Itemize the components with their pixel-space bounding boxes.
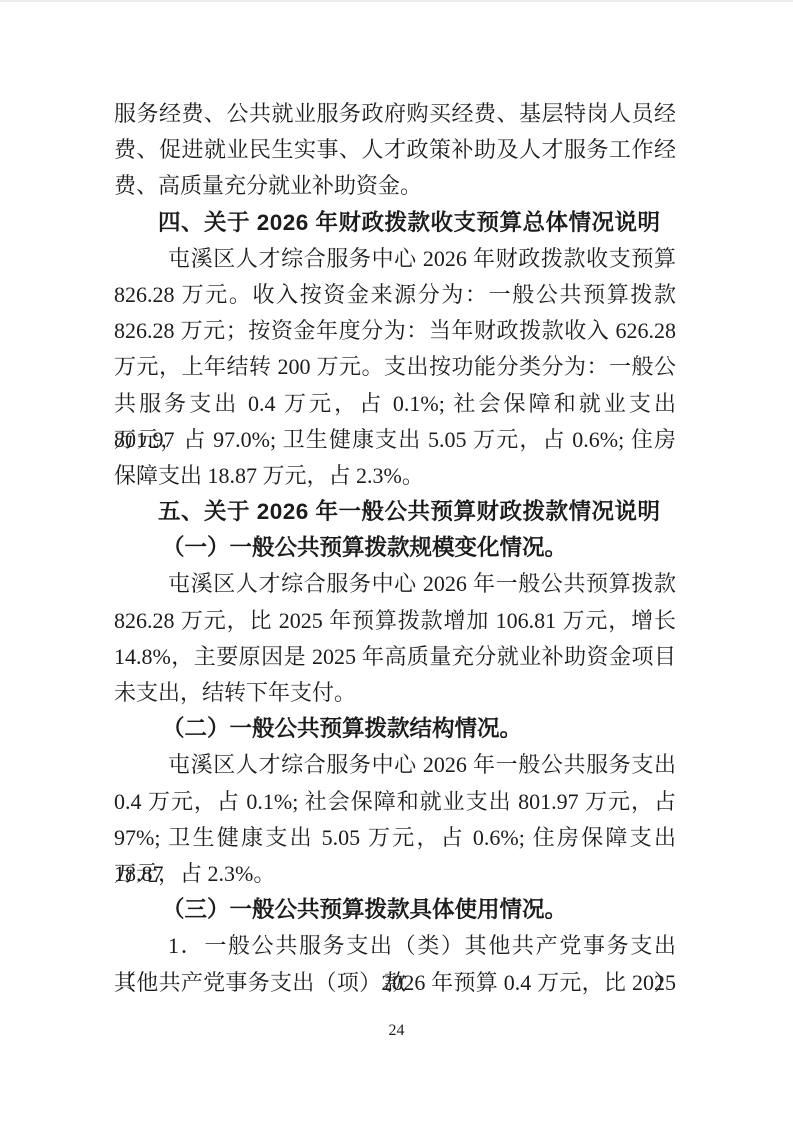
body-line: 保障支出 18.87 万元，占 2.3%。 <box>114 458 676 494</box>
section-heading-five: 五、关于 2026 年一般公共预算财政拨款情况说明 <box>114 494 676 530</box>
body-line: 共服务支出 0.4 万元，占 0.1%; 社会保障和就业支出 801.97 <box>114 386 676 422</box>
body-line: 14.8%，主要原因是 2025 年高质量充分就业补助资金项目 <box>114 639 676 675</box>
body-line: 826.28 万元，比 2025 年预算拨款增加 106.81 万元，增长 <box>114 603 676 639</box>
body-line: 万元，占 2.3%。 <box>114 856 676 892</box>
document-body: 服务经费、公共就业服务政府购买经费、基层特岗人员经 费、促进就业民生实事、人才政… <box>114 96 676 1001</box>
body-line: 1．一般公共服务支出（类）其他共产党事务支出（款） <box>114 928 676 964</box>
page-number: 24 <box>0 1022 793 1040</box>
body-line: 屯溪区人才综合服务中心 2026 年财政拨款收支预算 <box>114 241 676 277</box>
page-top-edge <box>0 0 793 2</box>
section-heading-four: 四、关于 2026 年财政拨款收支预算总体情况说明 <box>114 205 676 241</box>
body-line: 服务经费、公共就业服务政府购买经费、基层特岗人员经 <box>114 96 676 132</box>
body-line: 未支出，结转下年支付。 <box>114 675 676 711</box>
subsection-heading-3: （三）一般公共预算拨款具体使用情况。 <box>114 892 676 928</box>
body-line: 万元，占 97.0%; 卫生健康支出 5.05 万元，占 0.6%; 住房 <box>114 422 676 458</box>
body-line: 0.4 万元，占 0.1%; 社会保障和就业支出 801.97 万元，占 <box>114 784 676 820</box>
body-line: 费、高质量充分就业补助资金。 <box>114 168 676 204</box>
body-line: 屯溪区人才综合服务中心 2026 年一般公共服务支出 <box>114 747 676 783</box>
document-page: 服务经费、公共就业服务政府购买经费、基层特岗人员经 费、促进就业民生实事、人才政… <box>0 0 793 1122</box>
body-line: 826.28 万元。收入按资金来源分为：一般公共预算拨款 <box>114 277 676 313</box>
body-line: 826.28 万元；按资金年度分为：当年财政拨款收入 626.28 <box>114 313 676 349</box>
subsection-heading-2: （二）一般公共预算拨款结构情况。 <box>114 711 676 747</box>
body-line: 其他共产党事务支出（项）2026 年预算 0.4 万元，比 2025 <box>114 965 676 1001</box>
body-line: 万元，上年结转 200 万元。支出按功能分类分为：一般公 <box>114 349 676 385</box>
subsection-heading-1: （一）一般公共预算拨款规模变化情况。 <box>114 530 676 566</box>
body-line: 97%; 卫生健康支出 5.05 万元，占 0.6%; 住房保障支出 18.87 <box>114 820 676 856</box>
body-line: 屯溪区人才综合服务中心 2026 年一般公共预算拨款 <box>114 566 676 602</box>
body-line: 费、促进就业民生实事、人才政策补助及人才服务工作经 <box>114 132 676 168</box>
